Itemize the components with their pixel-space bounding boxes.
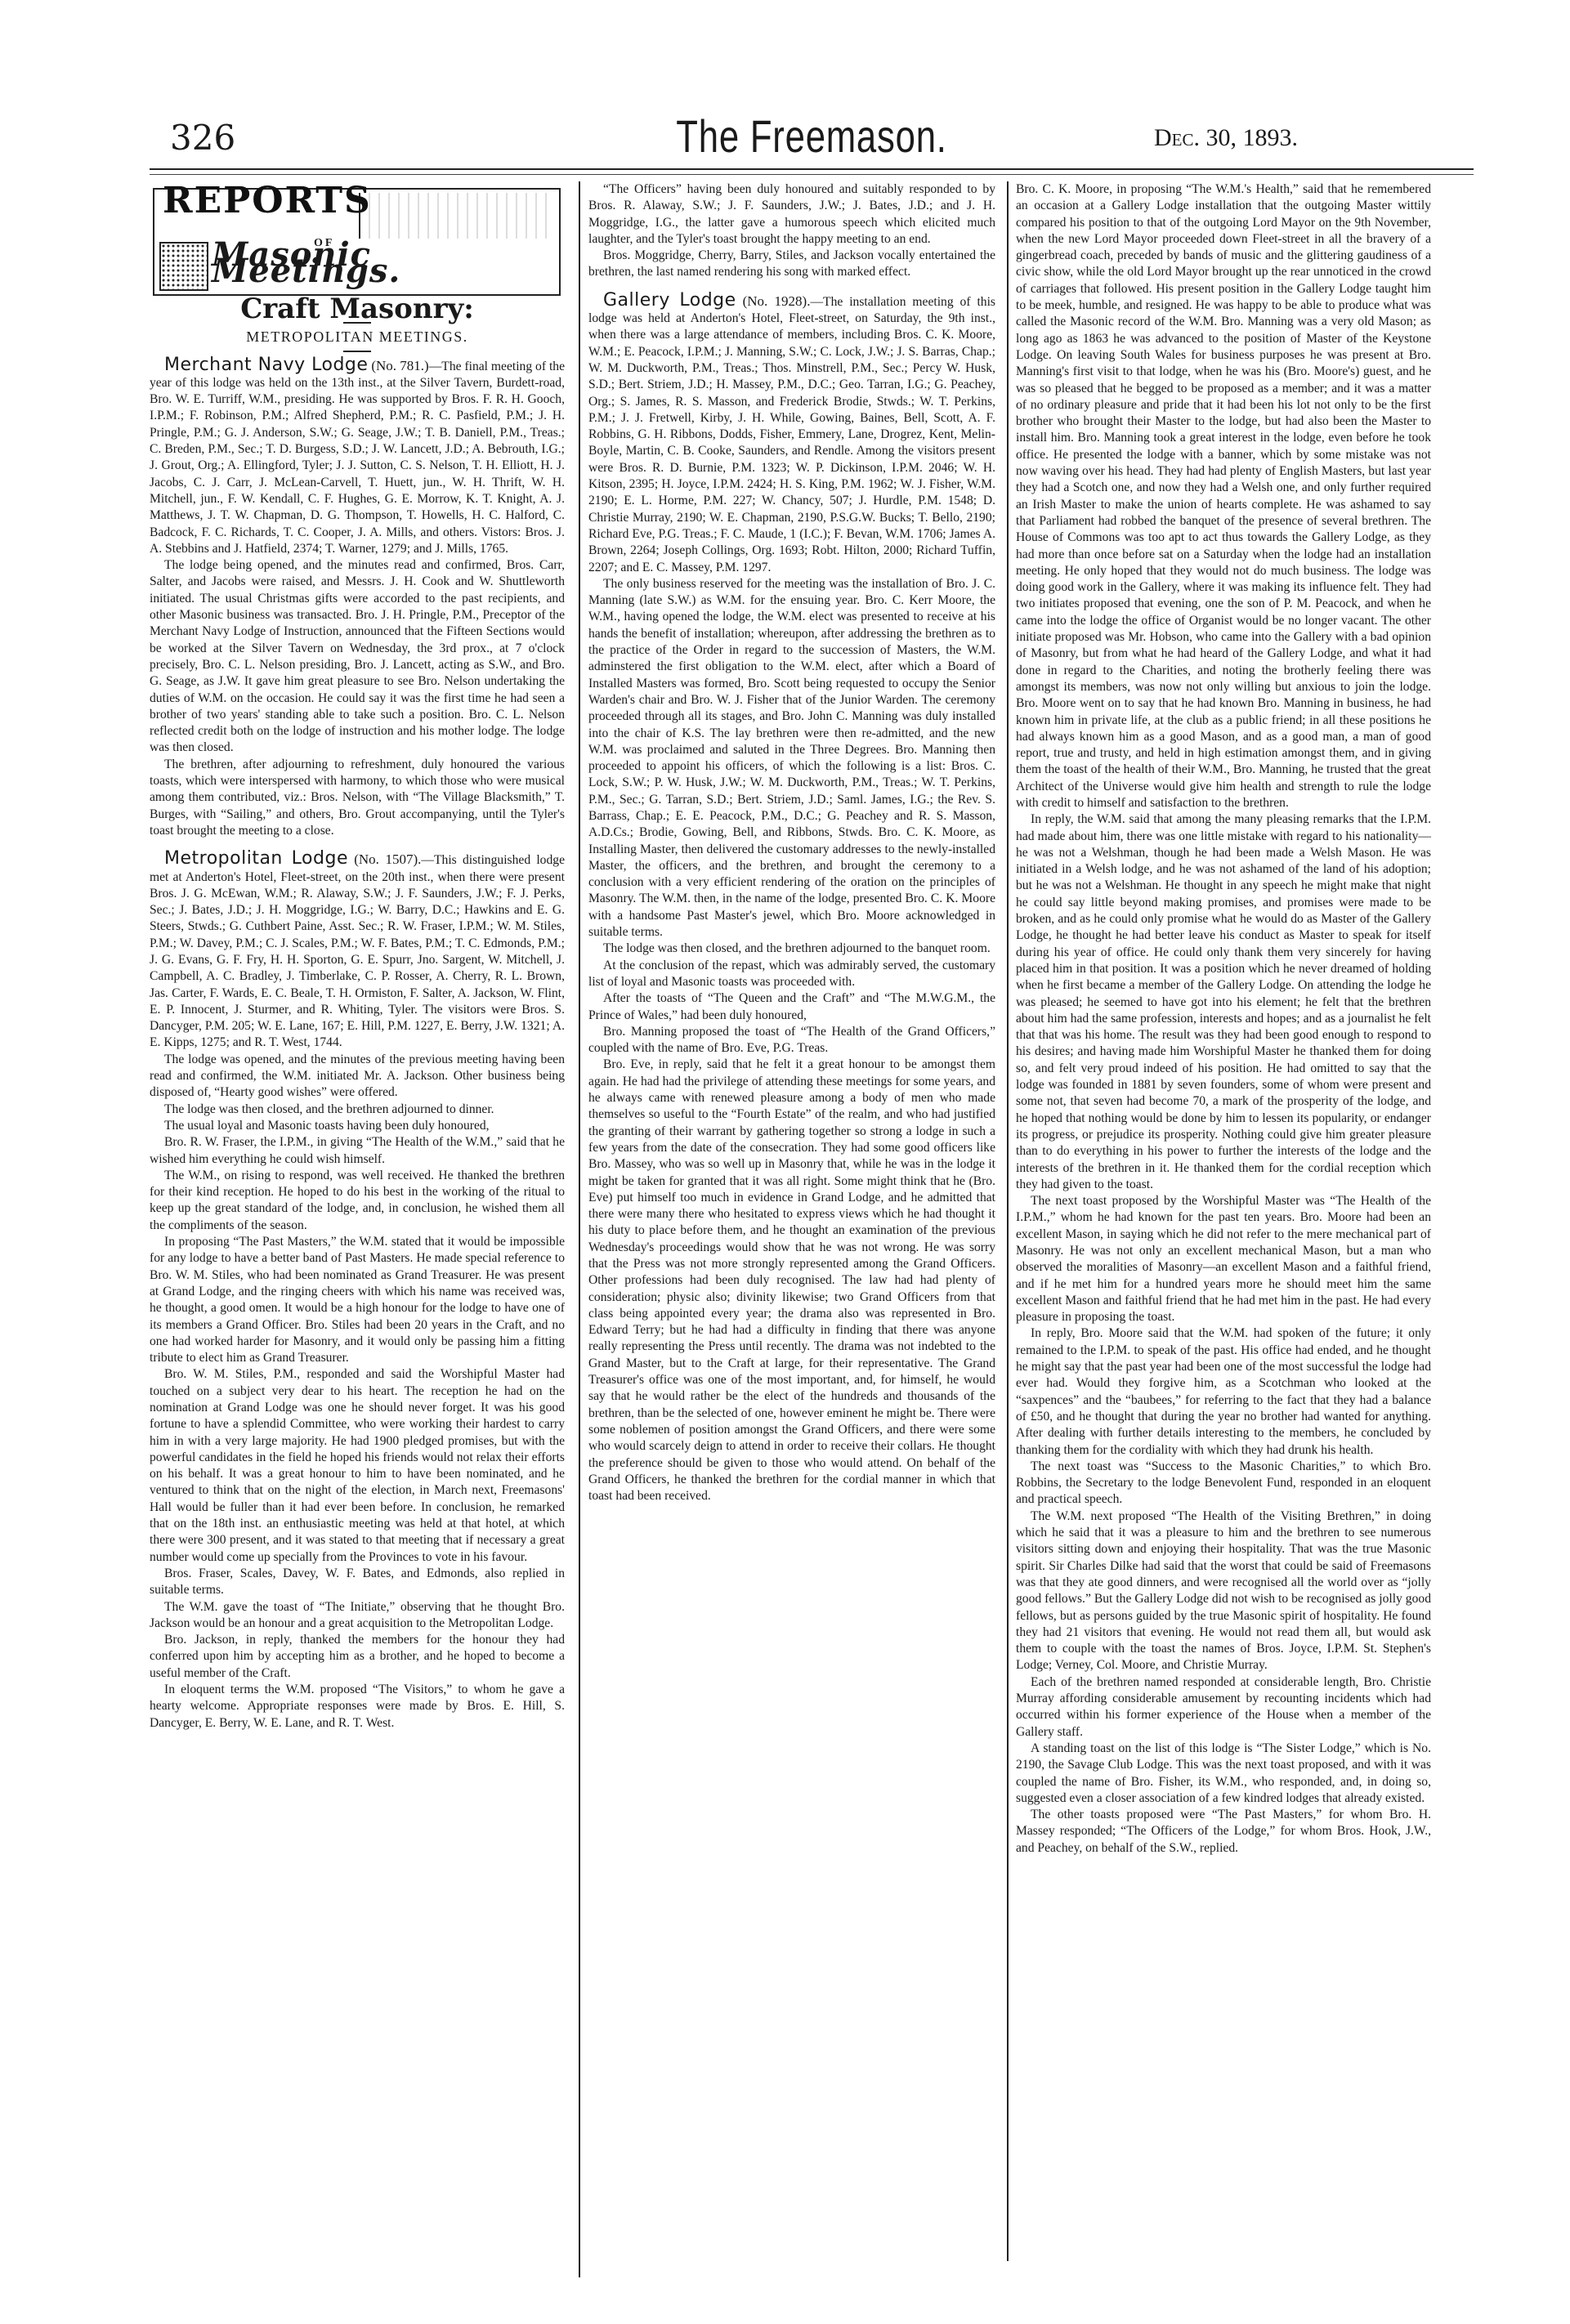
page-number: 326 (170, 118, 235, 158)
paragraph: Bros. Moggridge, Cherry, Barry, Stiles, … (588, 248, 995, 281)
paragraph: The W.M. gave the toast of “The Initiate… (150, 1599, 565, 1633)
column-1: REPORTS OF Masonic Meetings. Craft Mason… (150, 181, 565, 1732)
paragraph: The W.M., on rising to respond, was well… (150, 1168, 565, 1234)
paragraph: The usual loyal and Masonic toasts havin… (150, 1118, 565, 1134)
lodge-heading: Gallery Lodge (603, 290, 736, 311)
paragraph: The lodge was then closed, and the breth… (588, 941, 995, 957)
paragraph: —The installation meeting of this lodge … (588, 295, 995, 574)
paragraph: The only business reserved for the meeti… (588, 576, 995, 941)
lodge-number: (No. 1928). (743, 293, 811, 309)
lodge-number: (No. 781.) (371, 358, 428, 373)
paragraph: Bro. C. K. Moore, in proposing “The W.M.… (1016, 181, 1431, 811)
paragraph: The W.M. next proposed “The Health of th… (1016, 1508, 1431, 1674)
paragraph: Bro. Eve, in reply, said that he felt it… (588, 1057, 995, 1504)
section-rule (343, 351, 371, 352)
banner-meetings-text: Masonic Meetings. (212, 247, 559, 280)
issue-date: Dec. 30, 1893. (1154, 124, 1298, 152)
reports-banner: REPORTS OF Masonic Meetings. (153, 188, 561, 296)
section-subtitle: METROPOLITAN MEETINGS. (150, 328, 565, 345)
column-3: Bro. C. K. Moore, in proposing “The W.M.… (1016, 181, 1431, 1857)
header-rule (150, 168, 1474, 170)
paragraph: In reply, the W.M. said that among the m… (1016, 811, 1431, 1193)
article-gallery-lodge: Gallery Lodge (No. 1928).—The installati… (588, 293, 995, 576)
paragraph: In eloquent terms the W.M. proposed “The… (150, 1682, 565, 1732)
paragraph: After the toasts of “The Queen and the C… (588, 990, 995, 1024)
paragraph: The lodge was then closed, and the breth… (150, 1102, 565, 1118)
paragraph: The lodge was opened, and the minutes of… (150, 1052, 565, 1102)
lodge-heading: Metropolitan Lodge (164, 848, 348, 869)
paragraph: Bro. Jackson, in reply, thanked the memb… (150, 1632, 565, 1682)
masthead: 326 The Freemason. Dec. 30, 1893. (150, 106, 1474, 159)
article-metropolitan-lodge: Metropolitan Lodge (No. 1507).—This dist… (150, 851, 565, 1052)
column-divider (579, 181, 580, 2277)
paragraph: The lodge being opened, and the minutes … (150, 557, 565, 757)
paragraph: Bro. R. W. Fraser, the I.P.M., in giving… (150, 1134, 565, 1168)
paragraph: The brethren, after adjourning to refres… (150, 757, 565, 839)
paragraph: The next toast was “Success to the Mason… (1016, 1459, 1431, 1508)
masonic-emblem-icon (159, 242, 208, 291)
masonic-tools-illustration (359, 193, 555, 239)
paragraph: The other toasts proposed were “The Past… (1016, 1807, 1431, 1857)
paragraph: Bro. Manning proposed the toast of “The … (588, 1024, 995, 1057)
paragraph: In proposing “The Past Masters,” the W.M… (150, 1234, 565, 1366)
paragraph: —This distinguished lodge met at Anderto… (150, 853, 565, 1049)
paragraph: Bro. W. M. Stiles, P.M., responded and s… (150, 1366, 565, 1566)
paragraph: Bros. Fraser, Scales, Davey, W. F. Bates… (150, 1566, 565, 1599)
lodge-number: (No. 1507). (354, 851, 421, 867)
paragraph: —The final meeting of the year of this l… (150, 360, 565, 556)
paragraph: At the conclusion of the repast, which w… (588, 958, 995, 991)
paragraph: In reply, Bro. Moore said that the W.M. … (1016, 1325, 1431, 1458)
column-2: “The Officers” having been duly honoured… (588, 181, 995, 1504)
column-divider (1007, 181, 1009, 2261)
banner-reports-text: REPORTS (163, 193, 372, 209)
section-title: Craft Masonry: (150, 301, 565, 317)
paragraph: “The Officers” having been duly honoured… (588, 181, 995, 248)
header-rule-thin (150, 174, 1474, 175)
article-merchant-navy-lodge: Merchant Navy Lodge (No. 781.)—The final… (150, 357, 565, 558)
paragraph: Each of the brethren named responded at … (1016, 1674, 1431, 1741)
lodge-heading: Merchant Navy Lodge (164, 355, 368, 375)
paragraph: The next toast proposed by the Worshipfu… (1016, 1193, 1431, 1325)
paragraph: A standing toast on the list of this lod… (1016, 1741, 1431, 1807)
